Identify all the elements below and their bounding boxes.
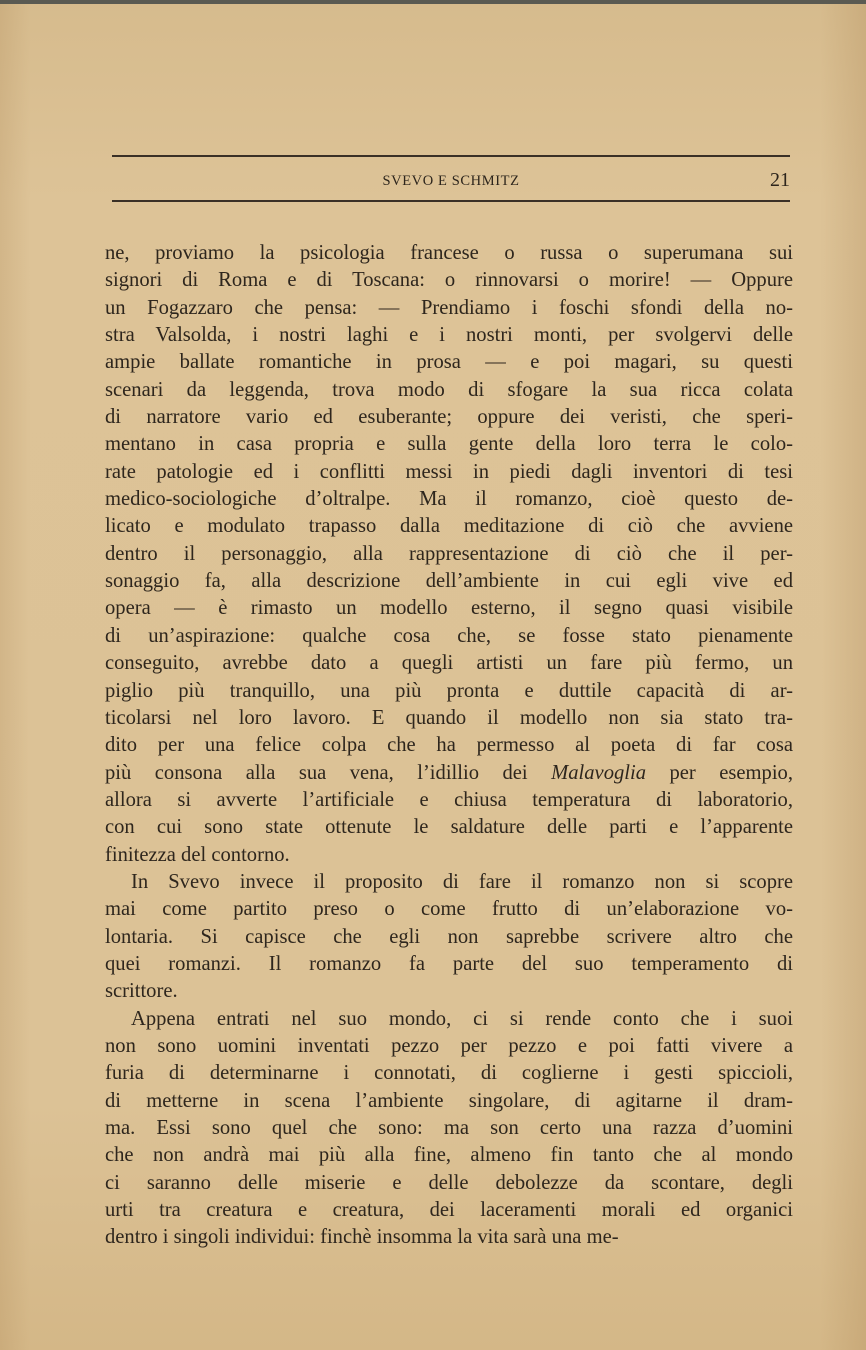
text-line: più consona alla sua vena, l’idillio dei… bbox=[105, 760, 793, 787]
page-number: 21 bbox=[770, 169, 790, 192]
text-line: sonaggio fa, alla descrizione dell’ambie… bbox=[105, 568, 793, 595]
text-line: mentano in casa propria e sulla gente de… bbox=[105, 431, 793, 458]
text-line: Appena entrati nel suo mondo, ci si rend… bbox=[105, 1006, 793, 1033]
text-line: scrittore. bbox=[105, 978, 793, 1005]
text-line: urti tra creatura e creatura, dei lacera… bbox=[105, 1197, 793, 1224]
book-page: SVEVO E SCHMITZ 21 ne, proviamo la psico… bbox=[0, 0, 866, 1350]
text-line: non sono uomini inventati pezzo per pezz… bbox=[105, 1033, 793, 1060]
paragraph: ne, proviamo la psicologia francese o ru… bbox=[105, 240, 793, 869]
text-line: finitezza del contorno. bbox=[105, 842, 793, 869]
text-line: rate patologie ed i conflitti messi in p… bbox=[105, 459, 793, 486]
text-line: piglio più tranquillo, una più pronta e … bbox=[105, 678, 793, 705]
text-line: medico-sociologiche d’oltralpe. Ma il ro… bbox=[105, 486, 793, 513]
scan-top-edge bbox=[0, 0, 866, 4]
text-line: opera — è rimasto un modello esterno, il… bbox=[105, 595, 793, 622]
header-rule-bottom bbox=[112, 200, 790, 202]
text-line: dito per una felice colpa che ha permess… bbox=[105, 732, 793, 759]
text-line: di narratore vario ed esuberante; oppure… bbox=[105, 404, 793, 431]
text-line: allora si avverte l’artificiale e chiusa… bbox=[105, 787, 793, 814]
text-line: ticolarsi nel loro lavoro. E quando il m… bbox=[105, 705, 793, 732]
text-line: licato e modulato trapasso dalla meditaz… bbox=[105, 513, 793, 540]
text-line: In Svevo invece il proposito di fare il … bbox=[105, 869, 793, 896]
text-line: quei romanzi. Il romanzo fa parte del su… bbox=[105, 951, 793, 978]
text-line: ci saranno delle miserie e delle debolez… bbox=[105, 1170, 793, 1197]
text-line: ne, proviamo la psicologia francese o ru… bbox=[105, 240, 793, 267]
text-line: signori di Roma e di Toscana: o rinnovar… bbox=[105, 267, 793, 294]
running-head: SVEVO E SCHMITZ 21 bbox=[112, 170, 790, 194]
text-line: ampie ballate romantiche in prosa — e po… bbox=[105, 349, 793, 376]
text-line: dentro i singoli individui: finchè insom… bbox=[105, 1224, 793, 1251]
text-line: furia di determinarne i connotati, di co… bbox=[105, 1060, 793, 1087]
text-line: un Fogazzaro che pensa: — Prendiamo i fo… bbox=[105, 295, 793, 322]
header-rule-top bbox=[112, 155, 790, 157]
text-run: più consona alla sua vena, l’idillio dei bbox=[105, 762, 551, 784]
text-line: stra Valsolda, i nostri laghi e i nostri… bbox=[105, 322, 793, 349]
text-line: conseguito, avrebbe dato a quegli artist… bbox=[105, 650, 793, 677]
text-line: con cui sono state ottenute le saldature… bbox=[105, 814, 793, 841]
text-line: scenari da leggenda, trova modo di sfoga… bbox=[105, 377, 793, 404]
text-line: di un’aspirazione: qualche cosa che, se … bbox=[105, 623, 793, 650]
italic-title: Malavoglia bbox=[551, 762, 646, 784]
paragraph: Appena entrati nel suo mondo, ci si rend… bbox=[105, 1006, 793, 1252]
paragraph: In Svevo invece il proposito di fare il … bbox=[105, 869, 793, 1006]
text-line: dentro il personaggio, alla rappresentaz… bbox=[105, 541, 793, 568]
text-line: lontaria. Si capisce che egli non sapreb… bbox=[105, 924, 793, 951]
text-line: ma. Essi sono quel che sono: ma son cert… bbox=[105, 1115, 793, 1142]
text-run: per esempio, bbox=[646, 762, 793, 784]
body-text: ne, proviamo la psicologia francese o ru… bbox=[105, 240, 793, 1252]
text-line: di metterne in scena l’ambiente singolar… bbox=[105, 1088, 793, 1115]
text-line: mai come partito preso o come frutto di … bbox=[105, 896, 793, 923]
text-line: che non andrà mai più alla fine, almeno … bbox=[105, 1142, 793, 1169]
running-title: SVEVO E SCHMITZ bbox=[112, 173, 790, 190]
